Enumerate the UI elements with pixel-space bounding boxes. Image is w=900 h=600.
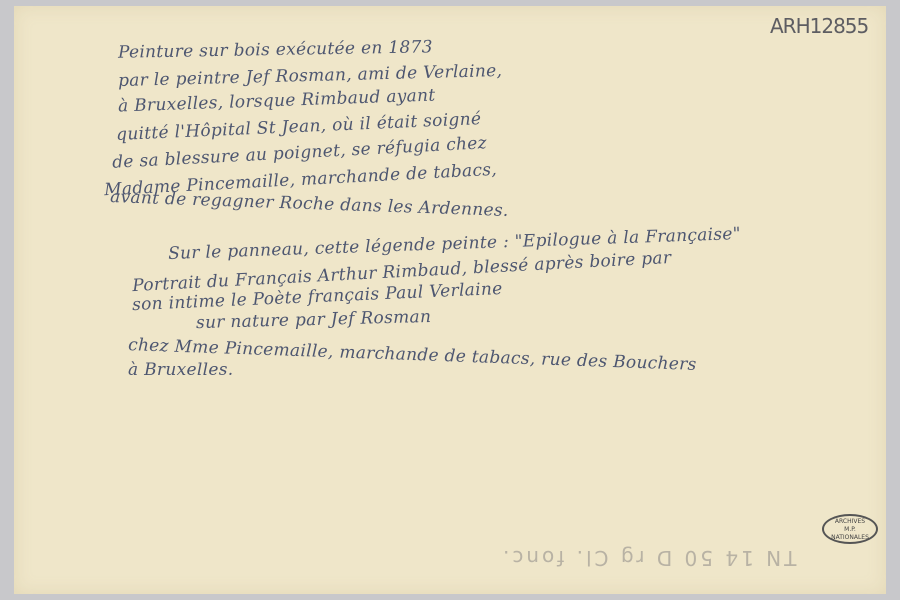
reference-number: ARH12855 (770, 14, 868, 38)
inverted-pencil-note: TN 14 50 D rg Cl. fonc. (500, 546, 796, 570)
stamp-line: M.P. (824, 526, 876, 534)
text-line: à Bruxelles. (128, 360, 233, 380)
stamp-line: NATIONALES (824, 534, 876, 542)
stamp-line: ARCHIVES (824, 518, 876, 526)
archives-stamp: ARCHIVES M.P. NATIONALES (822, 514, 878, 544)
